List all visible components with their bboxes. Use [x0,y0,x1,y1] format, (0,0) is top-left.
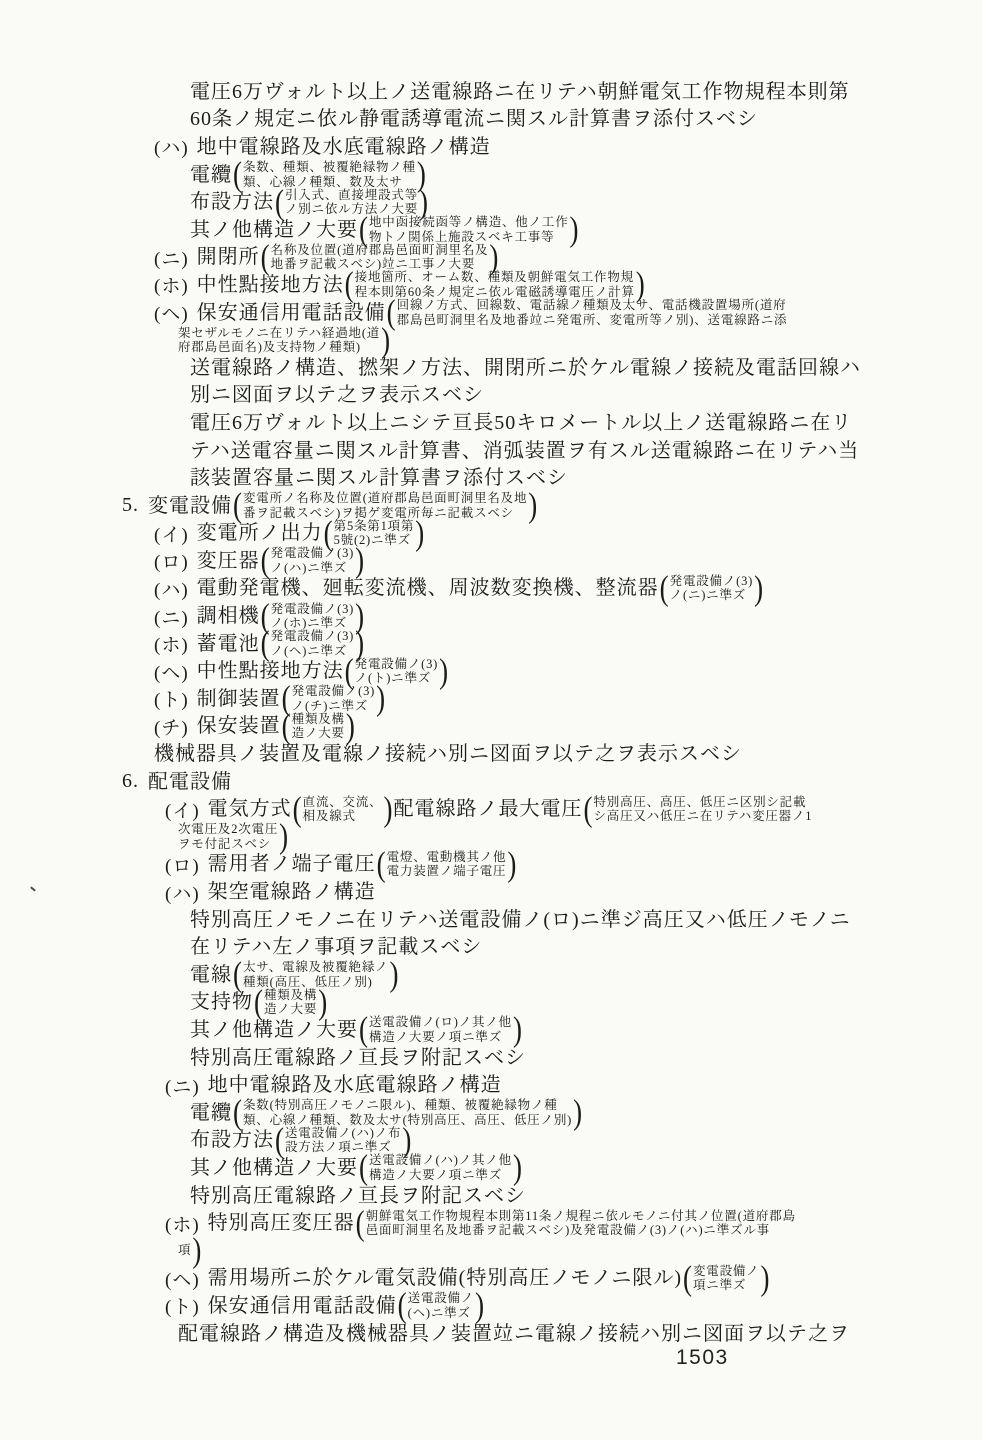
line-text: 電圧6万ヴォルト以上ニシテ亘長50キロメートル以上ノ送電線路ニ在リ [190,412,852,434]
line-text: 其ノ他構造ノ大要 [190,219,358,241]
text-line: 配電線路ノ構造及機械器具ノ装置竝ニ電線ノ接続ハ別ニ図面ヲ以テ之ヲ [0,1320,982,1348]
paren-open-bracket: ( [260,240,271,275]
paren-close-bracket: ) [354,626,365,661]
annotation-small-text: 朝鮮電気工作物規程本則第11条ノ規程ニ依ルモノニ付其ノ位置(道府郡島邑面町洞里名… [366,1209,796,1238]
line-text: 調相機 [197,605,260,627]
item-marker: (ト) [165,1292,200,1319]
item-marker: (ヘ) [154,299,189,326]
annotation-small-text: 発電設備ノ(3)ノ(チ)ニ準ズ [292,684,375,713]
text-line: 60条ノ規定ニ依ル静電誘導電流ニ関スル計算書ヲ添付スベシ [0,106,982,134]
text-line: 項) [0,1237,982,1265]
document-body: 電圧6万ヴォルト以上ノ送電線路ニ在リテハ朝鮮電気工作物規程本則第60条ノ規定ニ依… [0,78,982,1347]
annotation-small-text: 発電設備ノ(3)ノ(ヘ)ニ準ズ [271,629,354,658]
annotation-row: 変電所ノ名称及位置(道府郡島邑面町洞里名及地 [243,491,527,506]
paren-close-bracket: ) [354,543,365,578]
annotation-row: 府郡島邑面名)及支持物ノ種類) [178,340,380,355]
text-line: (イ)変電所ノ出力(第5条第1項第5號(2)ニ準ズ) [0,520,982,548]
item-marker: (ロ) [154,547,189,574]
paren-close-bracket: ) [572,1095,583,1130]
paren-close-bracket: ) [512,1012,523,1047]
annotation-row: 発電設備ノ(3) [271,602,354,617]
paren-open-bracket: ( [344,654,355,689]
paren-open-bracket: ( [260,543,271,578]
line-text: 変電所ノ出力 [197,522,323,544]
text-line: (ト)制御装置(発電設備ノ(3)ノ(チ)ニ準ズ) [0,685,982,713]
item-marker: (ニ) [154,603,189,630]
page-number: 1503 [676,1346,729,1370]
item-marker: (ハ) [154,133,189,160]
paren-close-bracket: ) [317,985,328,1020]
annotation-small-text: 条数、種類、被覆絶縁物ノ種類、心線ノ種類、数及太サ [243,160,416,189]
annotation-row: 発電設備ノ(3) [292,684,375,699]
paren-open-bracket: ( [659,571,670,606]
line-text: 60条ノ規定ニ依ル静電誘導電流ニ関スル計算書ヲ添付スベシ [190,108,758,130]
annotation-row: 相及線式 [303,809,383,824]
text-line: 特別高圧電線路ノ亘長ヲ附記スベシ [0,1044,982,1072]
line-text: 電纜 [190,164,232,186]
paren-open-bracket: ( [358,212,369,247]
text-line: 電纜(条数(特別高圧ノモノニ限ル)、種類、被覆絶縁物ノ種類、心線ノ種類、数及太サ… [0,1099,982,1127]
text-line: 支持物(種類及構造ノ大要) [0,989,982,1017]
line-text: 布設方法 [190,191,274,213]
text-line: 其ノ他構造ノ大要(送電設備ノ(ハ)ノ其ノ他構造ノ大要ノ項ニ準ズ) [0,1154,982,1182]
line-text: 機械器具ノ装置及電線ノ接続ハ別ニ図面ヲ以テ之ヲ表示スベシ [154,743,742,765]
text-line: (ニ)地中電線路及水底電線路ノ構造 [0,1071,982,1099]
annotation-small-text: 地中函接続函等ノ構造、他ノ工作物トノ関係上施設スベキ工事等 [369,215,569,244]
paren-close-bracket: ) [375,681,386,716]
annotation-row: 項ニ準ズ [693,1278,760,1293]
annotation-row: 送電設備ノ(ロ)ノ其ノ他 [369,1015,512,1030]
paren-close-bracket: ) [191,1233,202,1268]
annotation-small-text: 架セザルモノニ在リテハ経過地(道府郡島邑面名)及支持物ノ種類) [178,326,380,355]
item-marker: (ヘ) [154,658,189,685]
line-text: 特別高圧電線路ノ亘長ヲ附記スベシ [190,1047,526,1069]
annotation-row: 造ノ大要 [292,726,345,741]
line-text: 中性點接地方法 [197,660,344,682]
line-text: 地中電線路及水底電線路ノ構造 [208,1074,502,1096]
annotation-row: 送電設備ノ(ハ)ノ其ノ他 [369,1153,512,1168]
annotation-row: 送電設備ノ [408,1291,475,1306]
text-line: (ハ)電動発電機、廻転変流機、周波数変換機、整流器(発電設備ノ(3)ノ(ニ)ニ準… [0,575,982,603]
annotation-small-text: 回線ノ方式、回線数、電話線ノ種類及太サ、電話機設置場所(道府郡島邑町洞里名及地番… [397,298,788,327]
paren-close-bracket: ) [380,323,391,358]
text-line: 架セザルモノニ在リテハ経過地(道府郡島邑面名)及支持物ノ種類)) [0,326,982,354]
annotation-row: 朝鮮電気工作物規程本則第11条ノ規程ニ依ルモノニ付其ノ位置(道府郡島 [366,1209,796,1224]
paren-open-bracket: ( [323,516,334,551]
line-text: 配電線路ノ構造及機械器具ノ装置竝ニ電線ノ接続ハ別ニ図面ヲ以テ之ヲ [178,1323,850,1345]
line-text: 電圧6万ヴォルト以上ノ送電線路ニ在リテハ朝鮮電気工作物規程本則第 [190,81,850,103]
line-text: 変圧器 [197,550,260,572]
section-number: 6. [122,770,139,793]
annotation-row: ノ(ハ)ニ準ズ [271,561,354,576]
item-marker: (イ) [165,796,200,823]
line-text: 制御装置 [197,688,281,710]
text-line: 在リテハ左ノ事項ヲ記載スベシ [0,933,982,961]
annotation-small-text: 送電設備ノ(ハ)ノ布設方法ノ項ニ準ズ [285,1126,401,1155]
paren-close-bracket: ) [512,1150,523,1185]
item-marker: (ロ) [165,851,200,878]
paren-open-bracket: ( [682,1261,693,1296]
item-marker: (イ) [154,520,189,547]
document-page: 電圧6万ヴォルト以上ノ送電線路ニ在リテハ朝鮮電気工作物規程本則第60条ノ規定ニ依… [0,0,982,1440]
text-line: 電圧6万ヴォルト以上ニシテ亘長50キロメートル以上ノ送電線路ニ在リ [0,409,982,437]
line-text: 架空電線路ノ構造 [208,881,376,903]
text-line: (ニ)調相機(発電設備ノ(3)ノ(ホ)ニ準ズ) [0,602,982,630]
paren-open-bracket: ( [582,792,593,827]
line-text: 配電線路ノ最大電圧 [393,798,582,820]
annotation-small-text: 第5条第1項第5號(2)ニ準ズ [334,519,415,548]
annotation-row: 構造ノ大要ノ項ニ準ズ [369,1030,512,1045]
line-text: 変電設備 [148,495,232,517]
annotation-row: 架セザルモノニ在リテハ経過地(道 [178,326,380,341]
paren-open-bracket: ( [253,985,264,1020]
paren-open-bracket: ( [232,157,243,192]
text-line: (ヘ)需用場所ニ於ケル電気設備(特別高圧ノモノニ限ル)(変電設備ノ項ニ準ズ) [0,1265,982,1293]
annotation-row: 第5条第1項第 [334,519,415,534]
paren-close-bracket: ) [569,212,580,247]
item-marker: (ニ) [154,244,189,271]
annotation-row: 造ノ大要 [264,1002,317,1017]
annotation-row: ノ(ニ)ニ準ズ [670,588,753,603]
annotation-row: 邑面町洞里名及地番ヲ記載スベシ)及発電設備ノ(3)ノ(ハ)ニ準ズル事 [366,1223,796,1238]
annotation-small-text: 特別高圧、高圧、低圧ニ区別シ記載シ高圧又ハ低圧ニ在リテハ変圧器ノ1 [593,795,812,824]
annotation-row: 地中函接続函等ノ構造、他ノ工作 [369,215,569,230]
paren-open-bracket: ( [260,626,271,661]
annotation-small-text: 発電設備ノ(3)ノ(ホ)ニ準ズ [271,602,354,631]
annotation-row: シ高圧又ハ低圧ニ在リテハ変圧器ノ1 [593,809,812,824]
annotation-small-text: 名称及位置(道府郡島邑面町洞里名及地番ヲ記載スベシ)竝ニ工事ノ大要 [271,243,489,272]
text-line: 電纜(条数、種類、被覆絶縁物ノ種類、心線ノ種類、数及太サ) [0,161,982,189]
line-text: 保安通信用電話設備 [197,302,386,324]
paren-open-bracket: ( [358,1150,369,1185]
text-line: 電線(太サ、電線及被覆絶縁ノ種類(高圧、低圧ノ別)) [0,961,982,989]
line-text: 其ノ他構造ノ大要 [190,1019,358,1041]
text-line: 布設方法(引入式、直接埋設式等ノ別ニ依ル方法ノ大要) [0,188,982,216]
text-line: (チ)保安装置(種類及構造ノ大要) [0,713,982,741]
annotation-row: 条数(特別高圧ノモノニ限ル)、種類、被覆絶縁物ノ種 [243,1098,572,1113]
annotation-row: 直流、交流、 [303,795,383,810]
annotation-small-text: 発電設備ノ(3)ノ(ハ)ニ準ズ [271,546,354,575]
paren-close-bracket: ) [488,240,499,275]
text-line: 5.変電設備(変電所ノ名称及位置(道府郡島邑面町洞里名及地番ヲ記載スベシ)ヲ掲ゲ… [0,492,982,520]
annotation-small-text: 変電設備ノ項ニ準ズ [693,1264,760,1293]
item-marker: (チ) [154,713,189,740]
line-text: 布設方法 [190,1129,274,1151]
item-marker: (ホ) [154,630,189,657]
text-line: 布設方法(送電設備ノ(ハ)ノ布設方法ノ項ニ準ズ) [0,1127,982,1155]
annotation-small-text: 発電設備ノ(3)ノ(ト)ニ準ズ [355,657,438,686]
line-text: 送電線路ノ構造、撚架ノ方法、開閉所ニ於ケル電線ノ接続及電話回線ハ [190,357,861,379]
paren-close-bracket: ) [401,1123,412,1158]
text-line: 別ニ図面ヲ以テ之ヲ表示スベシ [0,382,982,410]
text-line: (ヘ)保安通信用電話設備(回線ノ方式、回線数、電話線ノ種類及太サ、電話機設置場所… [0,299,982,327]
annotation-row: 発電設備ノ(3) [271,546,354,561]
text-line: (ト)保安通信用電話設備(送電設備ノ(ヘ)ニ準ズ) [0,1292,982,1320]
paren-close-bracket: ) [388,957,399,992]
line-text: 蓄電池 [197,633,260,655]
annotation-row: ヲモ付記スベシ [178,837,278,852]
annotation-row: 郡島邑町洞里名及地番竝ニ発電所、変電所等ノ別)、送電線路ニ添 [397,313,788,328]
item-marker: (ハ) [154,575,189,602]
annotation-row: 構造ノ大要ノ項ニ準ズ [369,1168,512,1183]
annotation-small-text: 種類及構造ノ大要 [292,712,345,741]
line-text: 配電設備 [148,771,232,793]
text-line: (ホ)蓄電池(発電設備ノ(3)ノ(ヘ)ニ準ズ) [0,630,982,658]
annotation-row: 電力装置ノ端子電圧 [387,864,507,879]
text-line: テハ送電容量ニ関スル計算書、消弧装置ヲ有スル送電線路ニ在リテハ当 [0,437,982,465]
annotation-row: 電燈、電動機其ノ他 [387,850,507,865]
text-line: 次電圧及2次電圧ヲモ付記スベシ) [0,823,982,851]
paren-open-bracket: ( [232,957,243,992]
text-line: (ロ)変圧器(発電設備ノ(3)ノ(ハ)ニ準ズ) [0,547,982,575]
line-text: テハ送電容量ニ関スル計算書、消弧装置ヲ有スル送電線路ニ在リテハ当 [190,440,859,462]
annotation-small-text: 種類及構造ノ大要 [264,988,317,1017]
line-text: 電纜 [190,1102,232,1124]
line-text: 電線 [190,964,232,986]
line-text: 別ニ図面ヲ以テ之ヲ表示スベシ [190,384,484,406]
annotation-small-text: 送電設備ノ(ハ)ノ其ノ他構造ノ大要ノ項ニ準ズ [369,1153,512,1182]
line-text: 保安通信用電話設備 [208,1295,397,1317]
annotation-row: 回線ノ方式、回線数、電話線ノ種類及太サ、電話機設置場所(道府 [397,298,788,313]
text-line: 電圧6万ヴォルト以上ノ送電線路ニ在リテハ朝鮮電気工作物規程本則第 [0,78,982,106]
annotation-row: 太サ、電線及被覆絶縁ノ [243,960,388,975]
paren-open-bracket: ( [232,1095,243,1130]
paren-open-bracket: ( [358,1012,369,1047]
paren-close-bracket: ) [474,1288,485,1323]
text-line: (ハ)地中電線路及水底電線路ノ構造 [0,133,982,161]
text-line: 6.配電設備 [0,768,982,796]
text-line: (ロ)需用者ノ端子電圧(電燈、電動機其ノ他電力装置ノ端子電圧) [0,851,982,879]
paren-close-bracket: ) [506,847,517,882]
annotation-row: 発電設備ノ(3) [271,629,354,644]
line-text: 支持物 [190,991,253,1013]
line-text: 需用者ノ端子電圧 [208,853,376,875]
annotation-row: 変電設備ノ [693,1264,760,1279]
annotation-small-text: 直流、交流、相及線式 [303,795,383,824]
line-text: 特別高圧変圧器 [208,1212,355,1234]
paren-close-bracket: ) [760,1261,771,1296]
paren-open-bracket: ( [281,709,292,744]
paren-close-bracket: ) [438,654,449,689]
paren-open-bracket: ( [274,185,285,220]
section-number: 5. [122,494,139,517]
paren-close-bracket: ) [414,516,425,551]
line-text: 需用場所ニ於ケル電気設備(特別高圧ノモノニ限ル) [208,1267,682,1289]
text-line: (ハ)架空電線路ノ構造 [0,878,982,906]
annotation-row: 種類及構 [264,988,317,1003]
paren-open-bracket: ( [355,1206,366,1241]
annotation-row: 名称及位置(道府郡島邑面町洞里名及 [271,243,489,258]
annotation-row: 送電設備ノ(ハ)ノ布 [285,1126,401,1141]
item-marker: (ハ) [165,879,200,906]
text-line: (ホ)特別高圧変圧器(朝鮮電気工作物規程本則第11条ノ規程ニ依ルモノニ付其ノ位置… [0,1209,982,1237]
annotation-small-text: 太サ、電線及被覆絶縁ノ種類(高圧、低圧ノ別) [243,960,388,989]
item-marker: (ト) [154,685,189,712]
annotation-row: 次電圧及2次電圧 [178,822,278,837]
annotation-small-text: 送電設備ノ(ロ)ノ其ノ他構造ノ大要ノ項ニ準ズ [369,1015,512,1044]
line-text: 中性點接地方法 [197,274,344,296]
text-line: 特別高圧電線路ノ亘長ヲ附記スベシ [0,1182,982,1210]
paren-close-bracket: ) [278,819,289,854]
text-line: 該装置容量ニ関スル計算書ヲ添付スベシ [0,464,982,492]
annotation-small-text: 電燈、電動機其ノ他電力装置ノ端子電圧 [387,850,507,879]
item-marker: (ニ) [165,1072,200,1099]
annotation-row: 発電設備ノ(3) [670,574,753,589]
paren-open-bracket: ( [344,267,355,302]
annotation-small-text: 送電設備ノ(ヘ)ニ準ズ [408,1291,475,1320]
paren-open-bracket: ( [292,792,303,827]
annotation-small-text: 項 [178,1243,191,1258]
annotation-row: 特別高圧、高圧、低圧ニ区別シ記載 [593,795,812,810]
text-line: 其ノ他構造ノ大要(送電設備ノ(ロ)ノ其ノ他構造ノ大要ノ項ニ準ズ) [0,1016,982,1044]
paren-open-bracket: ( [376,847,387,882]
paren-close-bracket: ) [345,709,356,744]
paren-close-bracket: ) [753,571,764,606]
paren-open-bracket: ( [274,1123,285,1158]
text-line: (ヘ)中性點接地方法(発電設備ノ(3)ノ(ト)ニ準ズ) [0,657,982,685]
paren-close-bracket: ) [527,488,538,523]
item-marker: (ホ) [154,271,189,298]
text-line: 送電線路ノ構造、撚架ノ方法、開閉所ニ於ケル電線ノ接続及電話回線ハ [0,354,982,382]
paren-close-bracket: ) [382,792,393,827]
text-line: 機械器具ノ装置及電線ノ接続ハ別ニ図面ヲ以テ之ヲ表示スベシ [0,740,982,768]
line-text: 其ノ他構造ノ大要 [190,1157,358,1179]
annotation-small-text: 引入式、直接埋設式等ノ別ニ依ル方法ノ大要 [285,188,418,217]
line-text: 開閉所 [197,246,260,268]
line-text: 保安装置 [197,715,281,737]
paren-open-bracket: ( [232,488,243,523]
annotation-row: 項 [178,1243,191,1258]
text-line: (イ)電気方式(直流、交流、相及線式)配電線路ノ最大電圧(特別高圧、高圧、低圧ニ… [0,795,982,823]
line-text: 該装置容量ニ関スル計算書ヲ添付スベシ [190,467,568,489]
annotation-row: 引入式、直接埋設式等 [285,188,418,203]
line-text: 特別高圧ノモノニ在リテハ送電設備ノ(ロ)ニ準ジ高圧又ハ低圧ノモノニ [190,909,851,931]
annotation-small-text: 変電所ノ名称及位置(道府郡島邑面町洞里名及地番ヲ記載スベシ)ヲ掲ゲ変電所毎ニ記載… [243,491,527,520]
annotation-small-text: 発電設備ノ(3)ノ(ニ)ニ準ズ [670,574,753,603]
text-line: (ニ)開閉所(名称及位置(道府郡島邑面町洞里名及地番ヲ記載スベシ)竝ニ工事ノ大要… [0,244,982,272]
annotation-small-text: 次電圧及2次電圧ヲモ付記スベシ [178,822,278,851]
annotation-row: 条数、種類、被覆絶縁物ノ種 [243,160,416,175]
annotation-row: 発電設備ノ(3) [355,657,438,672]
text-line: 特別高圧ノモノニ在リテハ送電設備ノ(ロ)ニ準ジ高圧又ハ低圧ノモノニ [0,906,982,934]
annotation-row: (ヘ)ニ準ズ [408,1306,475,1321]
paren-open-bracket: ( [397,1288,408,1323]
annotation-row: ノ(ヘ)ニ準ズ [271,644,354,659]
annotation-row: 種類及構 [292,712,345,727]
paren-close-bracket: ) [635,267,646,302]
paren-close-bracket: ) [418,185,429,220]
